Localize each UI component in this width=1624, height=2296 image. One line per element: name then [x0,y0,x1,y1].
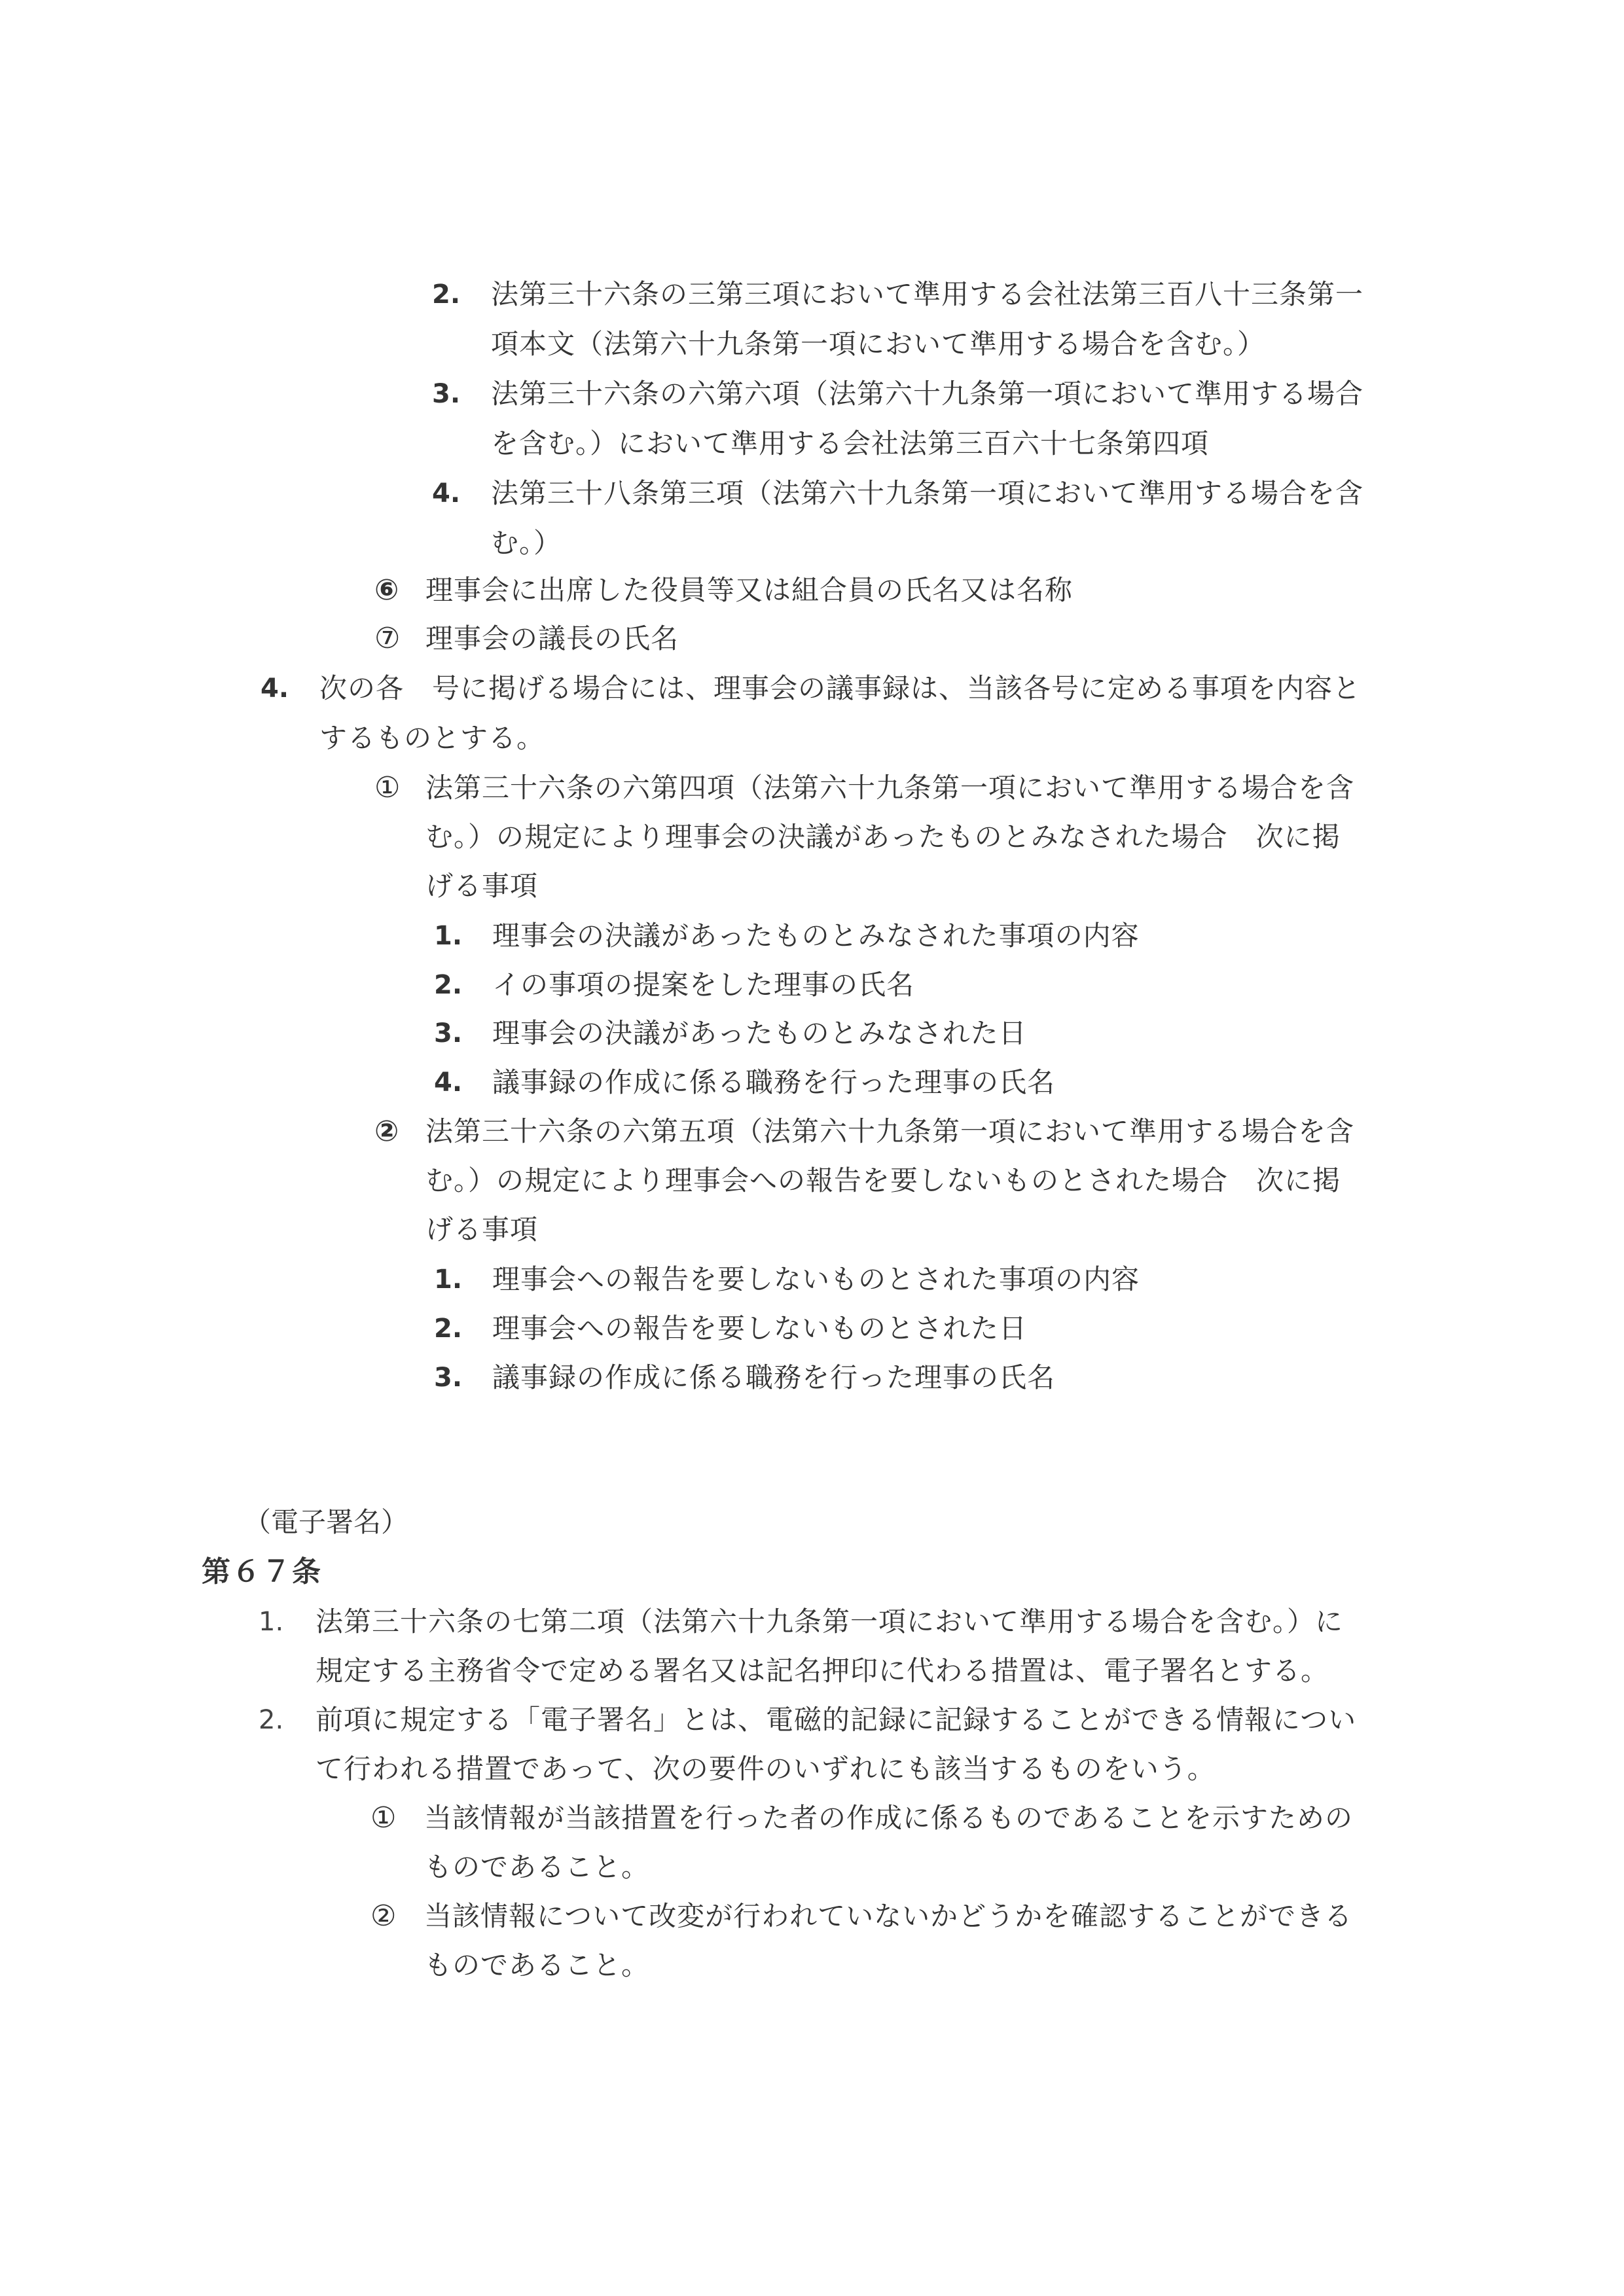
item-text: ものであること。 [424,1850,649,1884]
item-text: 法第三十六条の六第五項（法第六十九条第一項において準用する場合を含 [425,1115,1354,1149]
sub-item-number: 3. [434,1361,462,1395]
paragraph-number: 2. [259,1703,283,1737]
paragraph-text: 前項に規定する「電子署名」とは、電磁的記録に記録することができる情報につい [316,1703,1356,1737]
circled-number: ② [370,1899,396,1933]
sub-item-number: 2. [434,968,462,1002]
circled-number: ① [370,1801,396,1835]
sub-item-number: 1. [434,919,462,953]
item-text: 法第三十六条の六第四項（法第六十九条第一項において準用する場合を含 [425,771,1354,805]
item-text: 理事会の議長の氏名 [425,622,679,656]
item-text: 理事会に出席した役員等又は組合員の氏名又は名称 [425,573,1073,607]
sub-item-number: 1. [434,1263,462,1297]
circled-number: ⑥ [374,573,399,607]
sub-item-text: 議事録の作成に係る職務を行った理事の氏名 [492,1361,1055,1395]
sub-item-number: 4. [434,1066,462,1100]
paragraph-text: 法第三十六条の七第二項（法第六十九条第一項において準用する場合を含む。）に [316,1605,1343,1639]
sub-item-text: む。） [491,526,562,560]
item-text: 当該情報が当該措置を行った者の作成に係るものであることを示すための [424,1801,1353,1835]
item-text: 当該情報について改変が行われていないかどうかを確認することができる [424,1899,1352,1933]
paragraph-number: 4. [261,672,289,706]
paragraph-text: するものとする。 [319,721,545,755]
paragraph-number: 1. [259,1605,283,1639]
article-heading: 第６７条 [202,1555,322,1589]
sub-item-number: 2. [432,278,460,312]
sub-item-number: 3. [434,1016,462,1050]
sub-item-number: 3. [432,377,460,411]
item-text: げる事項 [425,1213,538,1247]
sub-item-text: 理事会への報告を要しないものとされた日 [492,1312,1027,1346]
sub-item-text: イの事項の提案をした理事の氏名 [492,968,914,1002]
sub-item-text: 議事録の作成に係る職務を行った理事の氏名 [492,1066,1055,1100]
circled-number: ⑦ [374,622,400,656]
circled-number: ② [374,1115,399,1149]
sub-item-text: 理事会の決議があったものとみなされた日 [492,1016,1027,1050]
sub-item-text: を含む。）において準用する会社法第三百六十七条第四項 [491,427,1209,461]
paragraph-text: 規定する主務省令で定める署名又は記名押印に代わる措置は、電子署名とする。 [316,1654,1329,1688]
sub-item-text: 理事会への報告を要しないものとされた事項の内容 [492,1263,1140,1297]
sub-item-number: 4. [432,476,460,511]
circled-number: ① [374,771,400,805]
sub-item-number: 2. [434,1312,462,1346]
item-text: げる事項 [425,869,538,903]
item-text: む。）の規定により理事会への報告を要しないものとされた場合 次に掲 [425,1164,1341,1198]
sub-item-text: 法第三十六条の三第三項において準用する会社法第三百八十三条第一 [491,278,1363,312]
paragraph-text: て行われる措置であって、次の要件のいずれにも該当するものをいう。 [316,1752,1216,1786]
paragraph-text: 次の各 号に掲げる場合には、理事会の議事録は、当該各号に定める事項を内容と [319,672,1361,706]
sub-item-text: 項本文（法第六十九条第一項において準用する場合を含む。） [491,327,1265,361]
item-text: む。）の規定により理事会の決議があったものとみなされた場合 次に掲 [425,820,1341,854]
sub-item-text: 法第三十六条の六第六項（法第六十九条第一項において準用する場合 [491,377,1363,411]
sub-item-text: 理事会の決議があったものとみなされた事項の内容 [492,919,1140,953]
sub-item-text: 法第三十八条第三項（法第六十九条第一項において準用する場合を含 [491,476,1363,511]
article-caption: （電子署名） [244,1505,408,1539]
item-text: ものであること。 [424,1948,649,1982]
